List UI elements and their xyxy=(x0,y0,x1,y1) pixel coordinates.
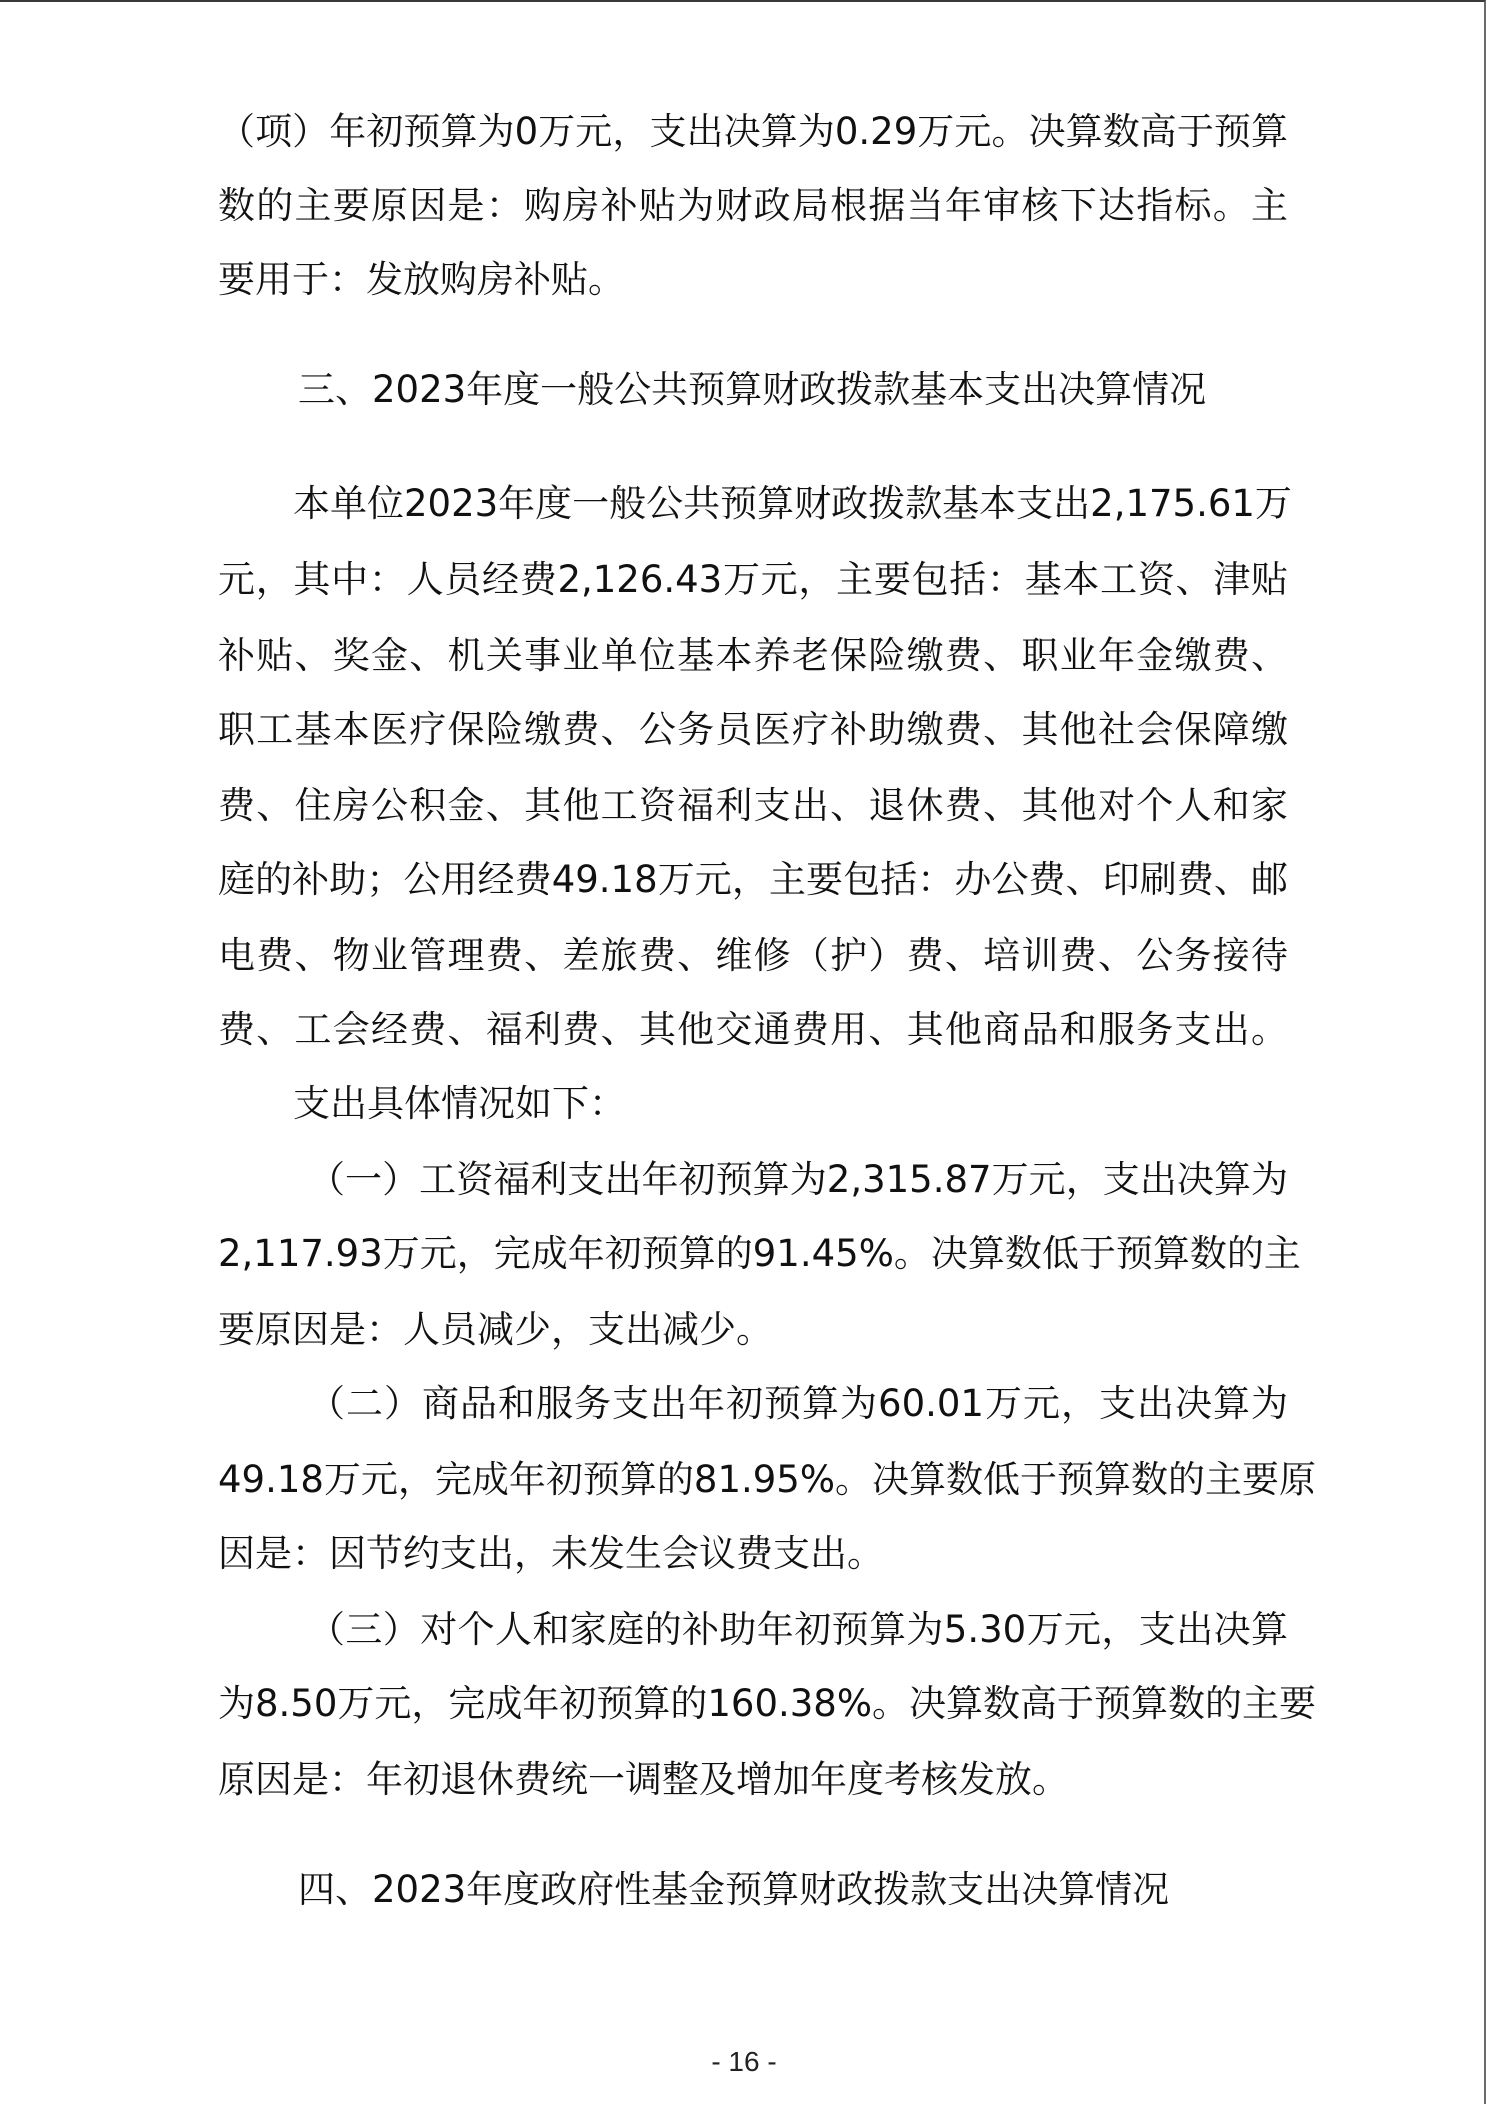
paragraph-line: 元，其中：人员经费2,126.43万元，主要包括：基本工资、津贴 xyxy=(218,558,1288,602)
list-item-line: 为8.50万元，完成年初预算的160.38%。决算数高于预算数的主要 xyxy=(218,1682,1288,1726)
paragraph-line: 本单位2023年度一般公共预算财政拨款基本支出2,175.61万 xyxy=(293,482,1288,526)
list-item-line: （二）商品和服务支出年初预算为60.01万元，支出决算为 xyxy=(308,1382,1288,1426)
list-item-line: 要原因是：人员减少，支出减少。 xyxy=(218,1308,1288,1352)
paragraph-line: 电费、物业管理费、差旅费、维修（护）费、培训费、公务接待 xyxy=(218,934,1288,978)
document-page: （项）年初预算为0万元，支出决算为0.29万元。决算数高于预算 数的主要原因是：… xyxy=(0,0,1486,2104)
paragraph-line: 庭的补助；公用经费49.18万元，主要包括：办公费、印刷费、邮 xyxy=(218,858,1288,902)
list-item-line: 2,117.93万元，完成年初预算的91.45%。决算数低于预算数的主 xyxy=(218,1232,1288,1276)
list-item-line: 因是：因节约支出，未发生会议费支出。 xyxy=(218,1532,1288,1576)
paragraph-line: 数的主要原因是：购房补贴为财政局根据当年审核下达指标。主 xyxy=(218,184,1288,228)
paragraph-line: 职工基本医疗保险缴费、公务员医疗补助缴费、其他社会保障缴 xyxy=(218,708,1288,752)
list-item-line: （三）对个人和家庭的补助年初预算为5.30万元，支出决算 xyxy=(308,1608,1288,1652)
paragraph-line: 费、工会经费、福利费、其他交通费用、其他商品和服务支出。 xyxy=(218,1008,1288,1052)
paragraph-line: 支出具体情况如下： xyxy=(293,1082,1288,1126)
section-heading: 四、2023年度政府性基金预算财政拨款支出决算情况 xyxy=(298,1868,1169,1912)
paragraph-line: 补贴、奖金、机关事业单位基本养老保险缴费、职业年金缴费、 xyxy=(218,634,1288,678)
list-item-line: 原因是：年初退休费统一调整及增加年度考核发放。 xyxy=(218,1758,1288,1802)
paragraph-line: 要用于：发放购房补贴。 xyxy=(218,258,1288,302)
page-number: - 16 - xyxy=(0,2046,1488,2078)
paragraph-line: 费、住房公积金、其他工资福利支出、退休费、其他对个人和家 xyxy=(218,784,1288,828)
list-item-line: （一）工资福利支出年初预算为2,315.87万元，支出决算为 xyxy=(308,1158,1288,1202)
paragraph-line: （项）年初预算为0万元，支出决算为0.29万元。决算数高于预算 xyxy=(218,110,1288,154)
section-heading: 三、2023年度一般公共预算财政拨款基本支出决算情况 xyxy=(298,368,1206,412)
list-item-line: 49.18万元，完成年初预算的81.95%。决算数低于预算数的主要原 xyxy=(218,1458,1288,1502)
